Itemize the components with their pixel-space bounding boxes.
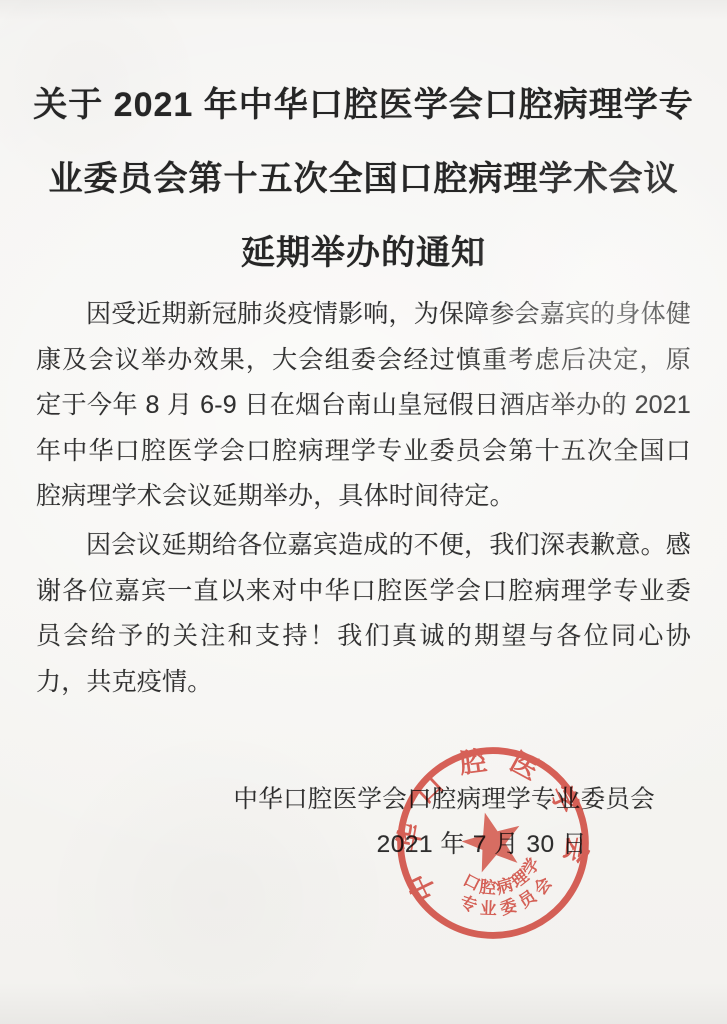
notice-title: 关于 2021 年中华口腔医学会口腔病理学专 业委员会第十五次全国口腔病理学术会… xyxy=(0,0,727,290)
svg-text:专业委员会: 专业委员会 xyxy=(453,866,565,930)
seal-inner-text-line2: 专业委员会 xyxy=(453,866,565,930)
signature-block: 中华口腔医学会口腔病理学专业委员会 2021 年 7 月 30 日 xyxy=(0,777,727,867)
notice-document: 关于 2021 年中华口腔医学会口腔病理学专 业委员会第十五次全国口腔病理学术会… xyxy=(0,0,727,1024)
signature-organization: 中华口腔医学会口腔病理学专业委员会 xyxy=(0,777,727,822)
notice-title-line-3: 延期举办的通知 xyxy=(0,216,727,290)
body-paragraph-1: 因受近期新冠肺炎疫情影响，为保障参会嘉宾的身体健康及会议举办效果，大会组委会经过… xyxy=(36,292,691,520)
signature-date: 2021 年 7 月 30 日 xyxy=(0,822,727,867)
notice-body: 因受近期新冠肺炎疫情影响，为保障参会嘉宾的身体健康及会议举办效果，大会组委会经过… xyxy=(0,292,727,705)
notice-title-line-2: 业委员会第十五次全国口腔病理学术会议 xyxy=(0,142,727,216)
body-paragraph-2: 因会议延期给各位嘉宾造成的不便，我们深表歉意。感谢各位嘉宾一直以来对中华口腔医学… xyxy=(36,523,691,705)
notice-title-line-1: 关于 2021 年中华口腔医学会口腔病理学专 xyxy=(0,68,727,142)
